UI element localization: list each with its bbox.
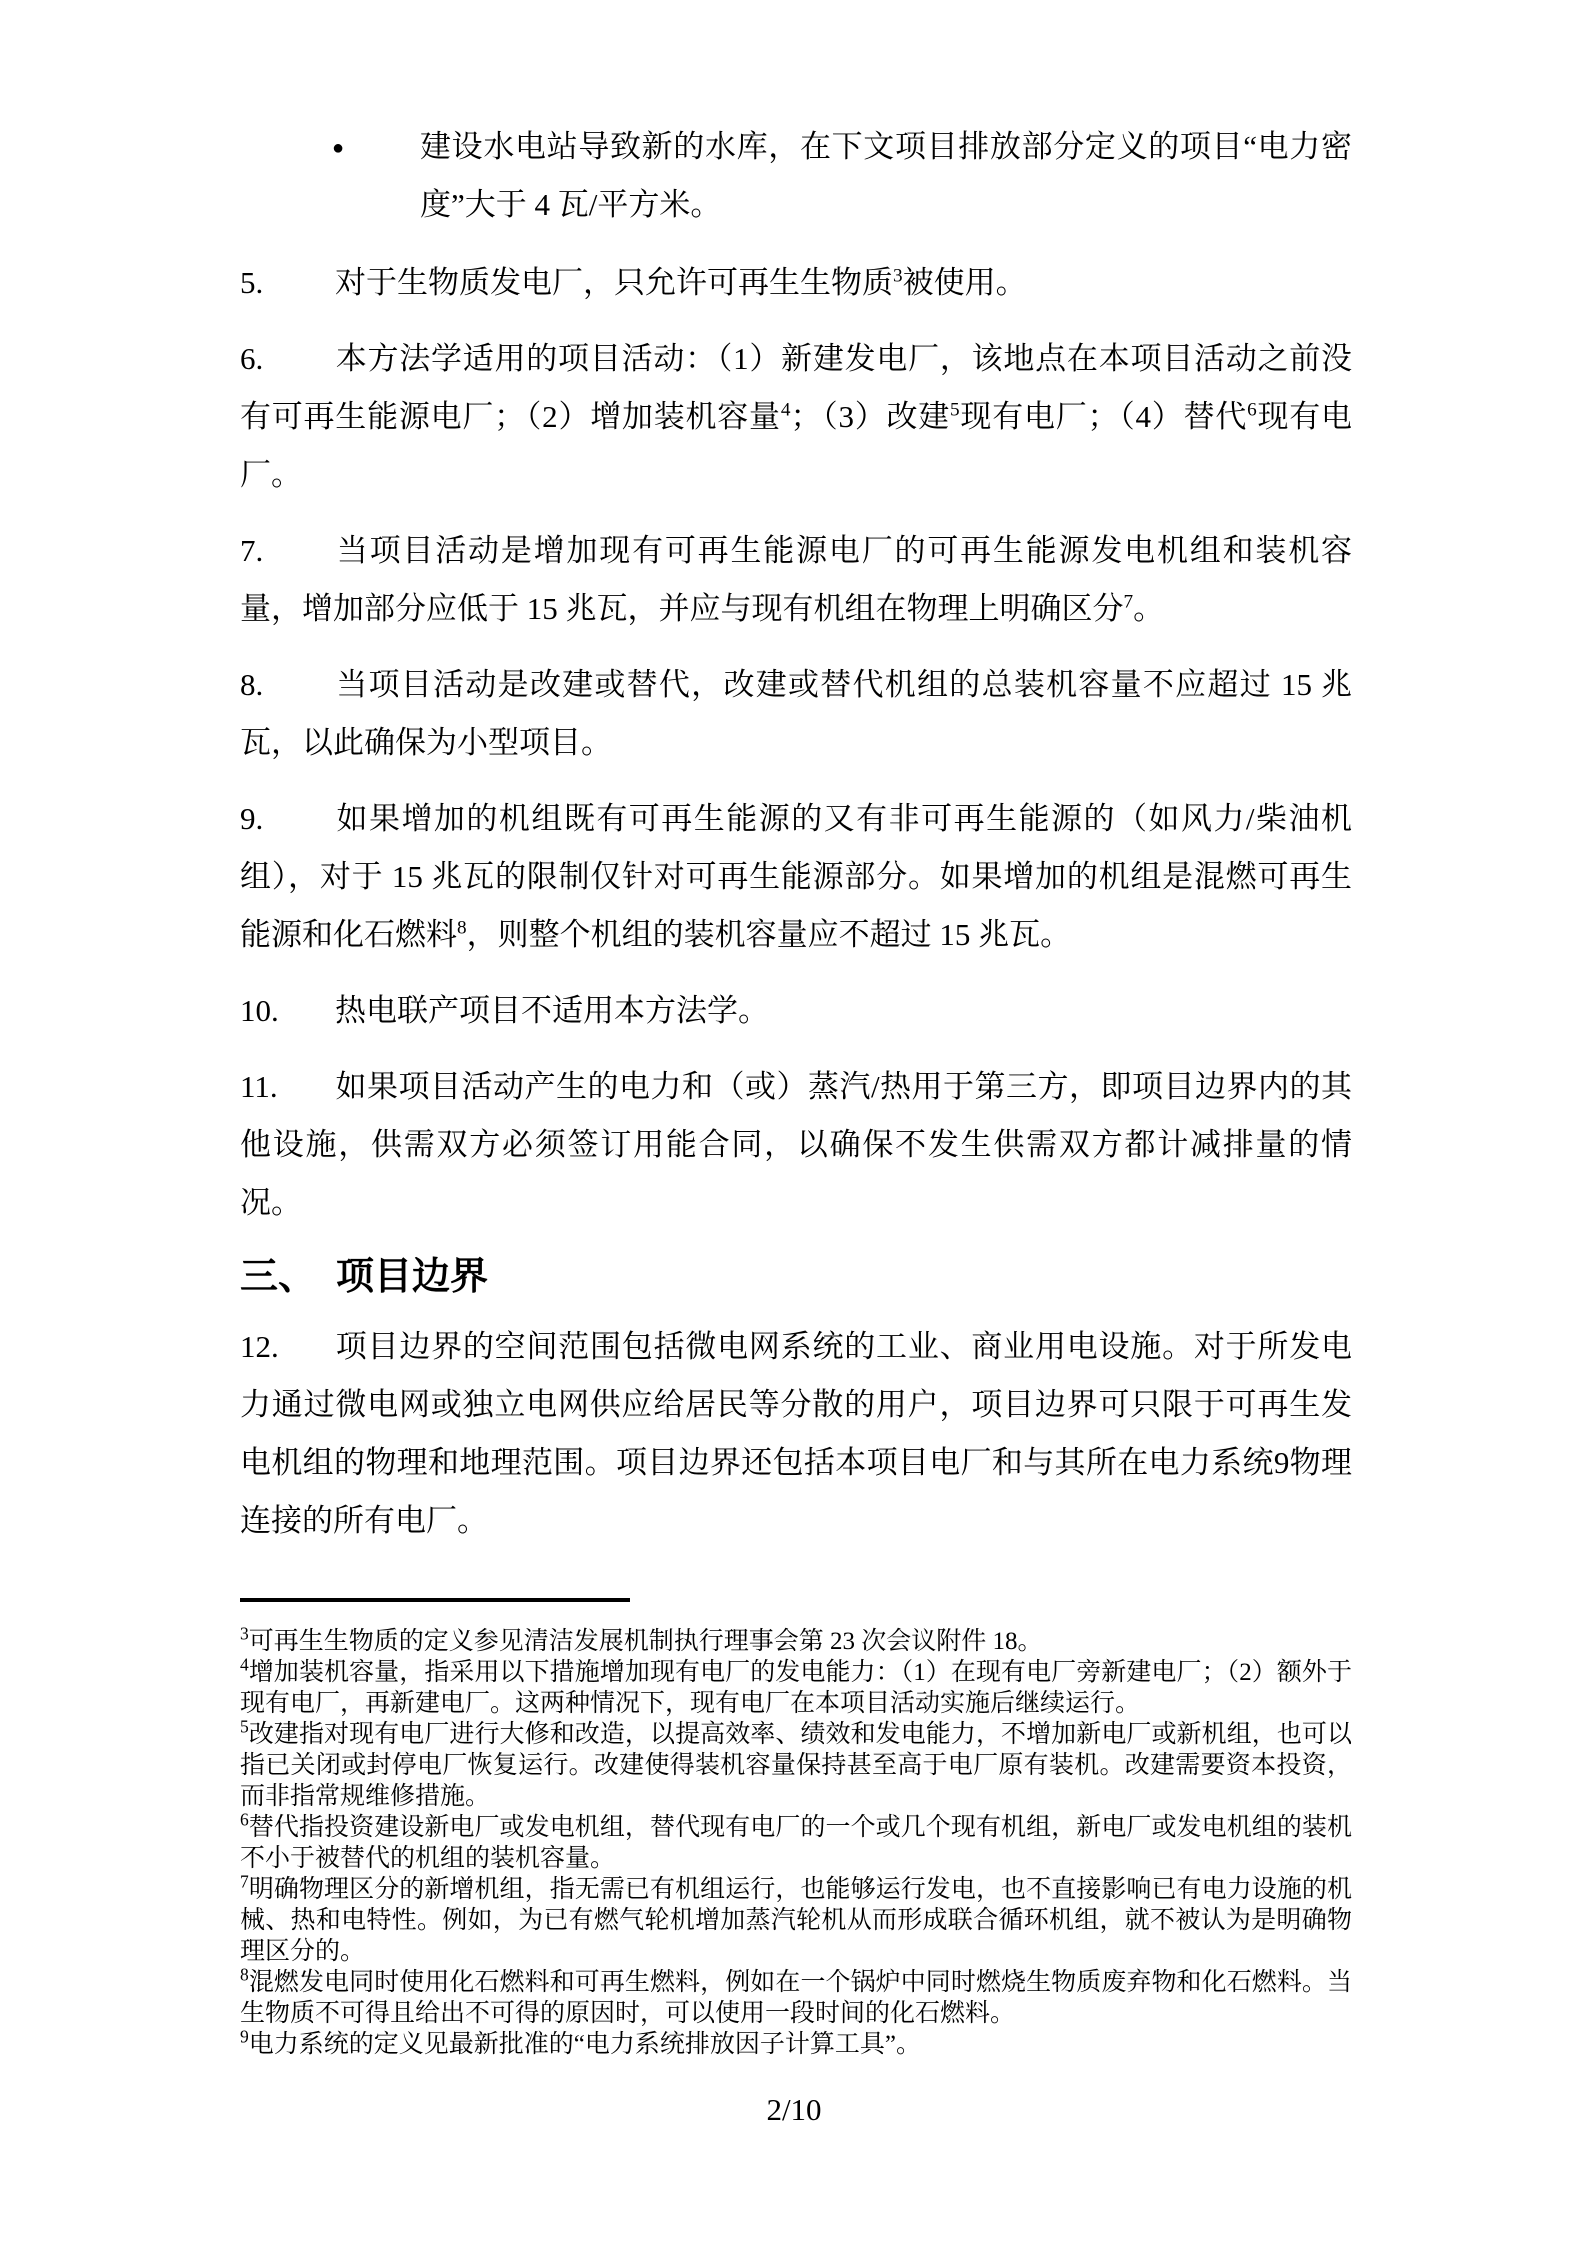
paragraph-text: 当项目活动是增加现有可再生能源电厂的可再生能源发电机组和装机容量，增加部分应低于…: [240, 533, 1352, 626]
paragraph-text: 当项目活动是改建或替代，改建或替代机组的总装机容量不应超过 15 兆瓦，以此确保…: [240, 667, 1352, 760]
footnote-text: 混燃发电同时使用化石燃料和可再生燃料，例如在一个锅炉中同时燃烧生物质废弃物和化石…: [240, 1969, 1352, 2027]
footnote-number: 3: [240, 1624, 249, 1644]
footnote-number: 7: [240, 1872, 249, 1892]
paragraph-number: 12.: [240, 1318, 335, 1376]
bullet-icon: ●: [332, 119, 344, 177]
footnote-area: 3可再生生物质的定义参见清洁发展机制执行理事会第 23 次会议附件 18。 4增…: [240, 1598, 1352, 2060]
paragraph-text: 项目边界的空间范围包括微电网系统的工业、商业用电设施。对于所发电力通过微电网或独…: [240, 1329, 1352, 1538]
footnote-7: 7明确物理区分的新增机组，指无需已有机组运行，也能够运行发电，也不直接影响已有电…: [240, 1874, 1352, 1967]
bullet-text: 建设水电站导致新的水库，在下文项目排放部分定义的项目“电力密度”大于 4 瓦/平…: [420, 129, 1352, 222]
footnote-text: 电力系统的定义见最新批准的“电力系统排放因子计算工具”。: [249, 2031, 921, 2058]
footnote-number: 8: [240, 1965, 249, 1985]
document-page: ● 建设水电站导致新的水库，在下文项目排放部分定义的项目“电力密度”大于 4 瓦…: [0, 0, 1588, 2245]
bullet-item: ● 建设水电站导致新的水库，在下文项目排放部分定义的项目“电力密度”大于 4 瓦…: [240, 118, 1352, 234]
section-title: 项目边界: [336, 1256, 488, 1298]
paragraph-11: 11.如果项目活动产生的电力和（或）蒸汽/热用于第三方，即项目边界内的其他设施，…: [240, 1058, 1352, 1232]
paragraph-number: 5.: [240, 254, 335, 312]
paragraph-number: 11.: [240, 1058, 335, 1116]
paragraph-7: 7.当项目活动是增加现有可再生能源电厂的可再生能源发电机组和装机容量，增加部分应…: [240, 522, 1352, 638]
footnote-text: 改建指对现有电厂进行大修和改造，以提高效率、绩效和发电能力，不增加新电厂或新机组…: [240, 1721, 1352, 1810]
footnote-text: 替代指投资建设新电厂或发电机组，替代现有电厂的一个或几个现有机组，新电厂或发电机…: [240, 1814, 1352, 1872]
paragraph-number: 10.: [240, 982, 335, 1040]
footnote-number: 9: [240, 2027, 249, 2047]
section-number: 三、: [240, 1250, 336, 1304]
paragraph-text: 本方法学适用的项目活动：（1）新建发电厂，该地点在本项目活动之前没有可再生能源电…: [240, 341, 1352, 492]
paragraph-text: 如果增加的机组既有可再生能源的又有非可再生能源的（如风力/柴油机组），对于 15…: [240, 801, 1352, 952]
footnote-6: 6替代指投资建设新电厂或发电机组，替代现有电厂的一个或几个现有机组，新电厂或发电…: [240, 1812, 1352, 1874]
footnote-text: 可再生生物质的定义参见清洁发展机制执行理事会第 23 次会议附件 18。: [249, 1628, 1043, 1655]
paragraph-5: 5.对于生物质发电厂，只允许可再生生物质3被使用。: [240, 254, 1352, 312]
paragraph-9: 9.如果增加的机组既有可再生能源的又有非可再生能源的（如风力/柴油机组），对于 …: [240, 790, 1352, 964]
footnote-text: 明确物理区分的新增机组，指无需已有机组运行，也能够运行发电，也不直接影响已有电力…: [240, 1876, 1352, 1965]
paragraph-text: 如果项目活动产生的电力和（或）蒸汽/热用于第三方，即项目边界内的其他设施，供需双…: [240, 1069, 1352, 1220]
footnote-number: 4: [240, 1655, 249, 1675]
paragraph-number: 9.: [240, 790, 335, 848]
footnote-3: 3可再生生物质的定义参见清洁发展机制执行理事会第 23 次会议附件 18。: [240, 1626, 1352, 1657]
paragraph-8: 8.当项目活动是改建或替代，改建或替代机组的总装机容量不应超过 15 兆瓦，以此…: [240, 656, 1352, 772]
paragraph-10: 10.热电联产项目不适用本方法学。: [240, 982, 1352, 1040]
footnote-number: 6: [240, 1810, 249, 1830]
paragraph-6: 6.本方法学适用的项目活动：（1）新建发电厂，该地点在本项目活动之前没有可再生能…: [240, 330, 1352, 504]
footnote-separator: [240, 1598, 630, 1602]
footnote-4: 4增加装机容量，指采用以下措施增加现有电厂的发电能力：（1）在现有电厂旁新建电厂…: [240, 1657, 1352, 1719]
paragraph-number: 6.: [240, 330, 335, 388]
paragraph-12: 12.项目边界的空间范围包括微电网系统的工业、商业用电设施。对于所发电力通过微电…: [240, 1318, 1352, 1550]
paragraph-text: 对于生物质发电厂，只允许可再生生物质3被使用。: [335, 265, 1027, 300]
paragraph-number: 8.: [240, 656, 335, 714]
footnote-5: 5改建指对现有电厂进行大修和改造，以提高效率、绩效和发电能力，不增加新电厂或新机…: [240, 1719, 1352, 1812]
paragraph-number: 7.: [240, 522, 335, 580]
footnote-8: 8混燃发电同时使用化石燃料和可再生燃料，例如在一个锅炉中同时燃烧生物质废弃物和化…: [240, 1967, 1352, 2029]
footnote-9: 9电力系统的定义见最新批准的“电力系统排放因子计算工具”。: [240, 2029, 1352, 2060]
section-heading: 三、项目边界: [240, 1250, 1352, 1304]
page-number: 2/10: [0, 2092, 1588, 2128]
footnote-number: 5: [240, 1717, 249, 1737]
footnote-text: 增加装机容量，指采用以下措施增加现有电厂的发电能力：（1）在现有电厂旁新建电厂；…: [240, 1659, 1352, 1717]
document-body: ● 建设水电站导致新的水库，在下文项目排放部分定义的项目“电力密度”大于 4 瓦…: [240, 118, 1352, 1568]
paragraph-text: 热电联产项目不适用本方法学。: [335, 993, 769, 1028]
